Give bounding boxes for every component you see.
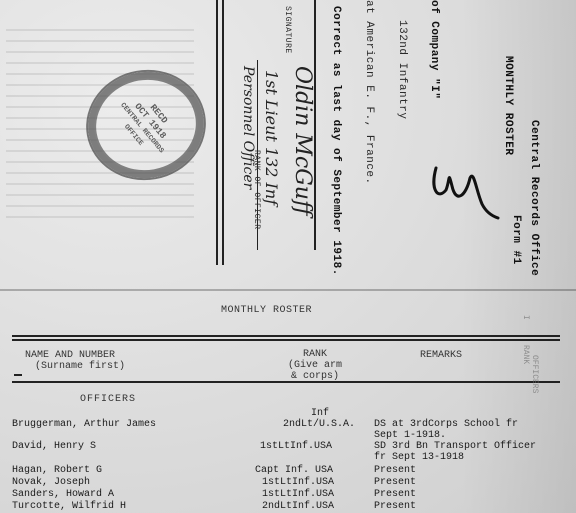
name-header-line-2: (Surname first) — [25, 361, 125, 372]
name-header-line-1: NAME AND NUMBER — [25, 350, 125, 361]
officer-name: Bruggerman, Arthur James — [12, 419, 156, 430]
column-header-rank: RANK (Give arm & corps) — [280, 349, 350, 382]
form-number-label: Form #1 — [510, 215, 522, 265]
officer-rank: Capt Inf. USA — [255, 465, 333, 476]
roster-title: MONTHLY ROSTER — [0, 305, 576, 316]
officer-remarks-line-2: fr Sept 13-1918 — [374, 452, 464, 463]
rank-header-line-2: (Give arm — [280, 360, 350, 371]
officer-name: Sanders, Howard A — [12, 489, 114, 500]
handwritten-signature: Oldin McGuff — [290, 66, 315, 216]
officer-remarks-line-1: Present — [374, 501, 416, 512]
border-rule-2 — [222, 0, 224, 265]
officer-name: Novak, Joseph — [12, 477, 90, 488]
officer-remarks-line-1: Present — [374, 465, 416, 476]
margin-fragment: RANK — [521, 345, 530, 364]
company-label: of Company "I" — [428, 0, 440, 99]
central-records-office-label: Central Records Office — [528, 120, 540, 276]
table-header-rule — [12, 381, 560, 383]
table-top-rule-1 — [12, 335, 560, 337]
officer-name: Hagan, Robert G — [12, 465, 102, 476]
scanned-document-page: Central Records Office Form #1 MONTHLY R… — [0, 0, 576, 513]
officer-remarks-line-1: Present — [374, 477, 416, 488]
margin-fragment: OFFICERS — [530, 355, 539, 393]
column-header-name: NAME AND NUMBER (Surname first) — [25, 350, 125, 372]
officer-rank: 1stLtInf.USA — [260, 441, 332, 452]
section-officers: OFFICERS — [80, 394, 136, 405]
regiment-label: 132nd Infantry — [396, 20, 408, 119]
rank-header-line-1: RANK — [280, 349, 350, 360]
margin-fragment: I — [521, 315, 530, 320]
rank-of-officer-label: RANK OF OFFICER — [252, 150, 261, 230]
officer-name: David, Henry S — [12, 441, 96, 452]
officer-rank: 1stLtInf.USA — [262, 489, 334, 500]
officer-remarks-line-2: Sept 1-1918. — [374, 430, 446, 441]
border-rule-1 — [216, 0, 218, 265]
page-fold-line — [0, 289, 576, 291]
location-label: at American E. F., France. — [363, 0, 375, 185]
correct-as-of-label: Correct as last day of September 1918. — [330, 6, 342, 276]
officer-rank: 2ndLt/U.S.A. — [283, 419, 355, 430]
officer-remarks-line-1: SD 3rd Bn Transport Officer — [374, 441, 536, 452]
rank-arm-prefix: Inf — [311, 408, 329, 419]
column-header-remarks: REMARKS — [420, 350, 462, 361]
header-title: MONTHLY ROSTER — [502, 56, 514, 155]
handwritten-initial-w-icon — [430, 160, 500, 230]
table-top-rule-2 — [12, 339, 560, 341]
header-dash-mark — [14, 374, 22, 376]
officer-remarks-line-1: DS at 3rdCorps School fr — [374, 419, 518, 430]
officer-rank: 1stLtInf.USA — [262, 477, 334, 488]
remarks-header-line-1: REMARKS — [420, 350, 462, 361]
signature-label: SIGNATURE — [283, 6, 292, 54]
handwritten-rank: 1st Lieut 132 Inf — [262, 70, 281, 205]
officer-remarks-line-1: Present — [374, 489, 416, 500]
officer-rank: 2ndLtInf.USA — [262, 501, 334, 512]
officer-name: Turcotte, Wilfrid H — [12, 501, 126, 512]
